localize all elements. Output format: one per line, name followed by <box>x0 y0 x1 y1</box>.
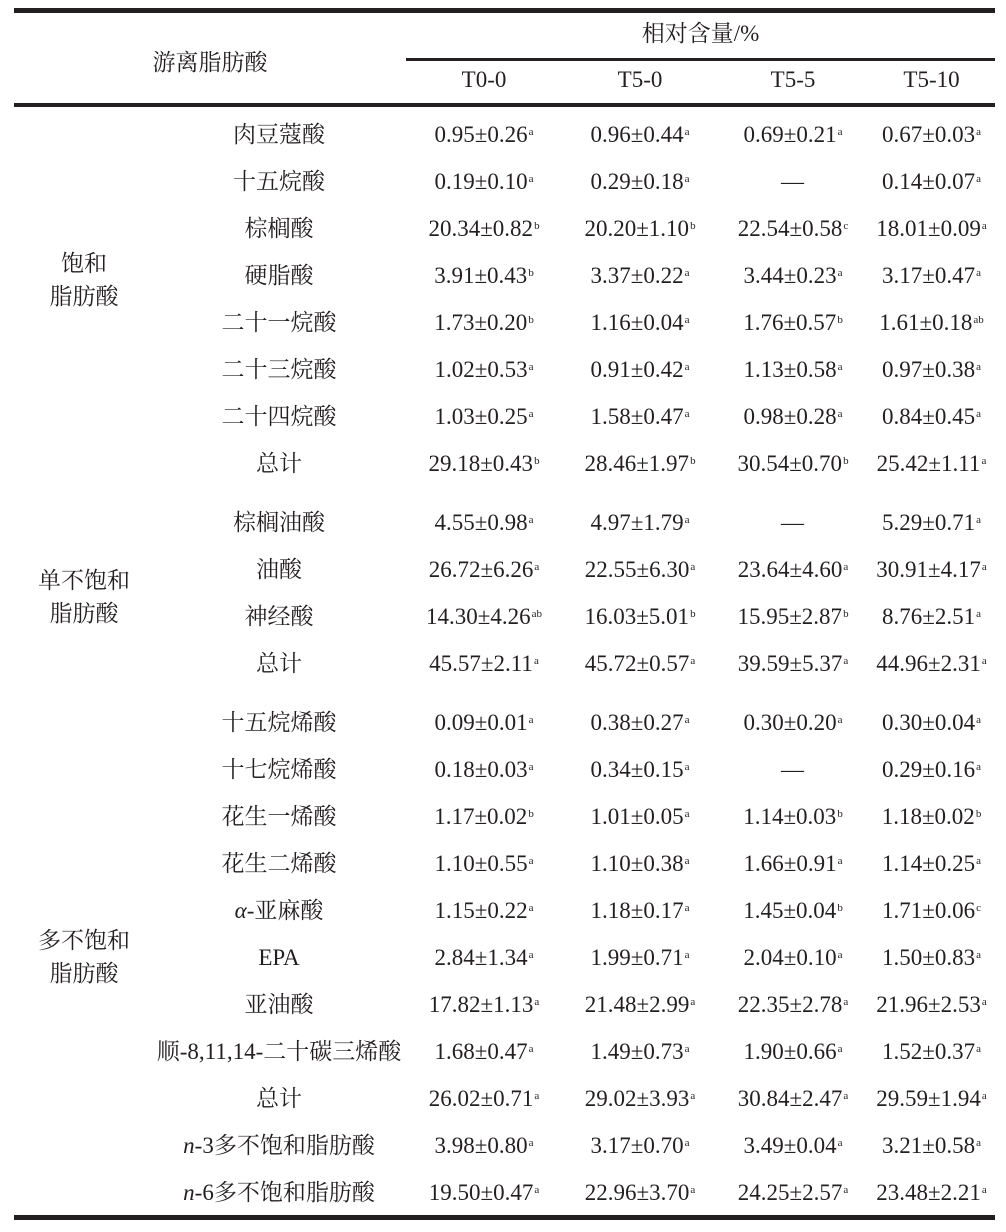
table-cell: 45.72±0.57a <box>562 649 718 679</box>
table-cell: 1.61±0.18ab <box>868 308 995 338</box>
table-cell: 22.35±2.78a <box>718 990 868 1020</box>
row-label-text: -6多不饱和脂肪酸 <box>195 1180 375 1205</box>
row-label: 花生一烯酸 <box>154 802 404 832</box>
significance-letter: a <box>685 126 690 138</box>
row-label-text: 亚油酸 <box>245 992 314 1017</box>
row-label-text: 十七烷烯酸 <box>222 757 337 782</box>
cell-value: 0.19±0.10 <box>434 169 527 194</box>
table-cell: 23.48±2.21a <box>868 1178 995 1208</box>
col-header-t5-0: T5-0 <box>562 65 718 95</box>
significance-letter: a <box>685 902 690 914</box>
cell-value: 20.20±1.10 <box>584 216 689 241</box>
table-cell: 3.37±0.22a <box>562 261 718 291</box>
cell-value: 45.57±2.11 <box>429 651 533 676</box>
significance-letter: b <box>690 608 696 620</box>
significance-letter: a <box>838 1137 843 1149</box>
significance-letter: a <box>838 267 843 279</box>
table-cell: 30.84±2.47a <box>718 1084 868 1114</box>
cell-value: 22.35±2.78 <box>738 992 843 1017</box>
significance-letter: a <box>838 714 843 726</box>
significance-letter: a <box>982 1090 987 1102</box>
significance-letter: a <box>685 314 690 326</box>
table-cell: 26.02±0.71a <box>406 1084 562 1114</box>
table-cell: 5.29±0.71a <box>868 508 995 538</box>
cell-value: 1.52±0.37 <box>882 1039 975 1064</box>
table-cell: 1.14±0.03b <box>718 802 868 832</box>
cell-value: 19.50±0.47 <box>429 1180 534 1205</box>
significance-letter: a <box>685 855 690 867</box>
cell-value: 0.29±0.16 <box>882 757 975 782</box>
significance-letter: a <box>529 361 534 373</box>
significance-letter: a <box>981 455 986 467</box>
cell-value: 0.34±0.15 <box>590 757 683 782</box>
significance-letter: a <box>685 361 690 373</box>
table-cell: 28.46±1.97b <box>562 449 718 479</box>
cell-value: 1.14±0.03 <box>743 804 836 829</box>
table-cell: 3.17±0.47a <box>868 261 995 291</box>
table-cell: 1.13±0.58a <box>718 355 868 385</box>
table-cell: 0.38±0.27a <box>562 708 718 738</box>
significance-letter: a <box>529 514 534 526</box>
cell-value: 0.18±0.03 <box>434 757 527 782</box>
cell-value: 39.59±5.37 <box>738 651 843 676</box>
significance-letter: a <box>690 655 695 667</box>
significance-letter: a <box>982 1184 987 1196</box>
table-cell: 45.57±2.11a <box>406 649 562 679</box>
table-cell: 0.95±0.26a <box>406 120 562 150</box>
span-header: 相对含量/% <box>406 19 995 49</box>
cell-value: 21.48±2.99 <box>585 992 690 1017</box>
table-cell: 0.29±0.16a <box>868 755 995 785</box>
row-label-text: 硬脂酸 <box>245 263 314 288</box>
table-cell: 16.03±5.01b <box>562 602 718 632</box>
significance-letter: a <box>982 655 987 667</box>
table-cell: 1.10±0.38a <box>562 849 718 879</box>
cell-value: 30.91±4.17 <box>876 557 981 582</box>
table-cell: 3.17±0.70a <box>562 1131 718 1161</box>
table-cell: 1.49±0.73a <box>562 1037 718 1067</box>
cell-value: 1.15±0.22 <box>434 898 527 923</box>
significance-letter: b <box>534 220 540 232</box>
group-label-line1: 多不饱和 <box>14 926 154 956</box>
significance-letter: a <box>843 996 848 1008</box>
significance-letter: a <box>529 1137 534 1149</box>
significance-letter: a <box>982 561 987 573</box>
table-cell: 1.16±0.04a <box>562 308 718 338</box>
table-cell: 21.96±2.53a <box>868 990 995 1020</box>
cell-value: 0.09±0.01 <box>434 710 527 735</box>
row-label-italic-prefix: α <box>235 898 247 923</box>
cell-value: 1.18±0.02 <box>882 804 975 829</box>
cell-value: 0.98±0.28 <box>743 404 836 429</box>
significance-letter: b <box>837 902 843 914</box>
row-label: 硬脂酸 <box>154 261 404 291</box>
table-cell: 19.50±0.47a <box>406 1178 562 1208</box>
table-cell: 1.01±0.05a <box>562 802 718 832</box>
significance-letter: b <box>528 808 534 820</box>
significance-letter: b <box>843 455 849 467</box>
table-cell: 29.59±1.94a <box>868 1084 995 1114</box>
row-label-italic-prefix: n <box>183 1133 195 1158</box>
table-cell: 14.30±4.26ab <box>406 602 562 632</box>
cell-value: 0.14±0.07 <box>882 169 975 194</box>
cell-value: 8.76±2.51 <box>882 604 975 629</box>
table-cell: 25.42±1.11a <box>868 449 995 479</box>
row-label-text: 二十四烷酸 <box>222 404 337 429</box>
row-label: 总计 <box>154 449 404 479</box>
cell-value: 3.98±0.80 <box>434 1133 527 1158</box>
significance-letter: a <box>534 996 539 1008</box>
table-cell: 0.98±0.28a <box>718 402 868 432</box>
significance-letter: a <box>690 996 695 1008</box>
significance-letter: a <box>685 408 690 420</box>
significance-letter: c <box>976 902 981 914</box>
cell-value: 0.91±0.42 <box>590 357 683 382</box>
significance-letter: a <box>529 949 534 961</box>
table-cell: 0.69±0.21a <box>718 120 868 150</box>
row-label-text: 油酸 <box>256 557 302 582</box>
group-label-line2: 脂肪酸 <box>14 282 154 312</box>
cell-value: 28.46±1.97 <box>584 451 689 476</box>
cell-value: 1.99±0.71 <box>590 945 683 970</box>
table-cell: 30.54±0.70b <box>718 449 868 479</box>
table-cell: 29.02±3.93a <box>562 1084 718 1114</box>
significance-letter: a <box>838 126 843 138</box>
table-cell: 0.91±0.42a <box>562 355 718 385</box>
cell-value: 3.37±0.22 <box>590 263 683 288</box>
table-cell: 1.71±0.06c <box>868 896 995 926</box>
significance-letter: b <box>528 314 534 326</box>
table-cell: 3.49±0.04a <box>718 1131 868 1161</box>
significance-letter: a <box>976 361 981 373</box>
cell-value: 1.58±0.47 <box>590 404 683 429</box>
cell-value: 1.16±0.04 <box>590 310 683 335</box>
table-cell: 1.68±0.47a <box>406 1037 562 1067</box>
cell-value: 23.48±2.21 <box>876 1180 981 1205</box>
top-rule <box>14 8 995 13</box>
table-cell: 1.73±0.20b <box>406 308 562 338</box>
significance-letter: a <box>685 1137 690 1149</box>
row-label: 棕榈油酸 <box>154 508 404 538</box>
significance-letter: a <box>976 408 981 420</box>
table-cell: 4.97±1.79a <box>562 508 718 538</box>
significance-letter: a <box>529 855 534 867</box>
significance-letter: a <box>976 267 981 279</box>
cell-value: 0.96±0.44 <box>590 122 683 147</box>
significance-letter: a <box>838 855 843 867</box>
stub-header: 游离脂肪酸 <box>14 48 406 78</box>
row-label: n-6多不饱和脂肪酸 <box>154 1178 404 1208</box>
cell-value: 22.96±3.70 <box>585 1180 690 1205</box>
cell-value: 1.68±0.47 <box>434 1039 527 1064</box>
significance-letter: a <box>843 655 848 667</box>
cell-value: — <box>781 169 804 194</box>
table-cell: 1.50±0.83a <box>868 943 995 973</box>
cell-value: 26.72±6.26 <box>429 557 534 582</box>
cell-value: 30.54±0.70 <box>737 451 842 476</box>
significance-letter: a <box>690 561 695 573</box>
row-label: 总计 <box>154 649 404 679</box>
cell-value: 2.84±1.34 <box>434 945 527 970</box>
cell-value: 3.17±0.47 <box>882 263 975 288</box>
table-cell: 44.96±2.31a <box>868 649 995 679</box>
significance-letter: a <box>685 1043 690 1055</box>
table-cell: 1.15±0.22a <box>406 896 562 926</box>
significance-letter: a <box>838 1043 843 1055</box>
table-cell: 1.02±0.53a <box>406 355 562 385</box>
significance-letter: a <box>982 220 987 232</box>
significance-letter: a <box>838 408 843 420</box>
significance-letter: ab <box>532 608 542 620</box>
significance-letter: a <box>843 1184 848 1196</box>
bottom-rule <box>14 1215 995 1220</box>
cell-value: 30.84±2.47 <box>738 1086 843 1111</box>
significance-letter: a <box>529 1043 534 1055</box>
cell-value: — <box>781 510 804 535</box>
table-cell: 1.17±0.02b <box>406 802 562 832</box>
significance-letter: b <box>837 314 843 326</box>
table-cell: 23.64±4.60a <box>718 555 868 585</box>
group-label-line1: 饱和 <box>14 249 154 279</box>
table-cell: 0.29±0.18a <box>562 167 718 197</box>
significance-letter: a <box>838 361 843 373</box>
significance-letter: a <box>843 561 848 573</box>
table-cell: 3.91±0.43b <box>406 261 562 291</box>
table-cell: 3.98±0.80a <box>406 1131 562 1161</box>
cell-value: 17.82±1.13 <box>429 992 534 1017</box>
table-cell: 21.48±2.99a <box>562 990 718 1020</box>
cell-value: 0.67±0.03 <box>882 122 975 147</box>
cell-value: 1.76±0.57 <box>743 310 836 335</box>
significance-letter: b <box>690 220 696 232</box>
cell-value: 3.49±0.04 <box>743 1133 836 1158</box>
cell-value: 0.30±0.20 <box>743 710 836 735</box>
significance-letter: a <box>534 1090 539 1102</box>
significance-letter: a <box>529 173 534 185</box>
table-cell: 22.55±6.30a <box>562 555 718 585</box>
cell-value: 0.69±0.21 <box>743 122 836 147</box>
col-header-t5-10: T5-10 <box>868 65 995 95</box>
significance-letter: a <box>534 655 539 667</box>
table-cell: 4.55±0.98a <box>406 508 562 538</box>
cell-value: 1.17±0.02 <box>434 804 527 829</box>
cell-value: — <box>781 757 804 782</box>
table-cell: 0.14±0.07a <box>868 167 995 197</box>
cell-value: 1.10±0.55 <box>434 851 527 876</box>
cell-value: 29.18±0.43 <box>428 451 533 476</box>
col-header-t5-5: T5-5 <box>718 65 868 95</box>
row-label-text: 总计 <box>256 1086 302 1111</box>
cell-value: 1.02±0.53 <box>434 357 527 382</box>
cell-value: 15.95±2.87 <box>737 604 842 629</box>
cell-value: 1.03±0.25 <box>434 404 527 429</box>
row-label-text: 肉豆蔻酸 <box>233 122 325 147</box>
significance-letter: b <box>837 808 843 820</box>
row-label-text: 十五烷烯酸 <box>222 710 337 735</box>
row-label-text: 二十三烷酸 <box>222 357 337 382</box>
cell-value: 0.97±0.38 <box>882 357 975 382</box>
row-label-text: 棕榈油酸 <box>233 510 325 535</box>
cell-value: 44.96±2.31 <box>876 651 981 676</box>
significance-letter: a <box>685 714 690 726</box>
group-label-line2: 脂肪酸 <box>14 959 154 989</box>
table-cell: 0.30±0.20a <box>718 708 868 738</box>
table-cell: 1.99±0.71a <box>562 943 718 973</box>
cell-value: 1.73±0.20 <box>434 310 527 335</box>
significance-letter: a <box>976 173 981 185</box>
cell-value: 23.64±4.60 <box>738 557 843 582</box>
cell-value: 1.13±0.58 <box>743 357 836 382</box>
table-cell: 0.96±0.44a <box>562 120 718 150</box>
row-label-text: 花生一烯酸 <box>222 804 337 829</box>
cell-value: 0.95±0.26 <box>434 122 527 147</box>
table-cell: 2.84±1.34a <box>406 943 562 973</box>
row-label-text: 总计 <box>256 651 302 676</box>
table-cell: 3.21±0.58a <box>868 1131 995 1161</box>
row-label: α-亚麻酸 <box>154 896 404 926</box>
cell-value: 1.71±0.06 <box>882 898 975 923</box>
cell-value: 22.54±0.58 <box>738 216 843 241</box>
significance-letter: a <box>976 1137 981 1149</box>
row-label: 十五烷烯酸 <box>154 708 404 738</box>
table-cell: 1.66±0.91a <box>718 849 868 879</box>
table-cell: 22.54±0.58c <box>718 214 868 244</box>
significance-letter: a <box>529 714 534 726</box>
header-rule <box>14 103 995 107</box>
significance-letter: a <box>529 902 534 914</box>
significance-letter: a <box>685 514 690 526</box>
table-cell: 0.97±0.38a <box>868 355 995 385</box>
cell-value: 18.01±0.09 <box>876 216 981 241</box>
cell-value: 1.10±0.38 <box>590 851 683 876</box>
table-cell: 26.72±6.26a <box>406 555 562 585</box>
table-cell: 0.09±0.01a <box>406 708 562 738</box>
row-label: 花生二烯酸 <box>154 849 404 879</box>
significance-letter: a <box>529 126 534 138</box>
table-cell: 0.67±0.03a <box>868 120 995 150</box>
table-cell: 39.59±5.37a <box>718 649 868 679</box>
table-cell: 1.90±0.66a <box>718 1037 868 1067</box>
row-label: EPA <box>154 943 404 973</box>
table-cell: 0.84±0.45a <box>868 402 995 432</box>
cell-value: 3.17±0.70 <box>590 1133 683 1158</box>
table-cell: 18.01±0.09a <box>868 214 995 244</box>
table-cell: 1.52±0.37a <box>868 1037 995 1067</box>
row-label-text: 总计 <box>256 451 302 476</box>
significance-letter: a <box>685 173 690 185</box>
significance-letter: a <box>690 1184 695 1196</box>
table-cell: 1.10±0.55a <box>406 849 562 879</box>
table-cell: 30.91±4.17a <box>868 555 995 585</box>
row-label: 油酸 <box>154 555 404 585</box>
row-label-text: 神经酸 <box>245 604 314 629</box>
table-cell: 8.76±2.51a <box>868 602 995 632</box>
cell-value: 0.38±0.27 <box>590 710 683 735</box>
significance-letter: b <box>690 455 696 467</box>
cell-value: 1.90±0.66 <box>743 1039 836 1064</box>
cell-value: 3.44±0.23 <box>743 263 836 288</box>
row-label: 十五烷酸 <box>154 167 404 197</box>
row-label: 神经酸 <box>154 602 404 632</box>
significance-letter: a <box>976 761 981 773</box>
cell-value: 1.45±0.04 <box>743 898 836 923</box>
table-cell: 29.18±0.43b <box>406 449 562 479</box>
row-label-text: 顺-8,11,14-二十碳三烯酸 <box>157 1039 401 1064</box>
cell-value: 29.59±1.94 <box>876 1086 981 1111</box>
row-label-text: -3多不饱和脂肪酸 <box>195 1133 375 1158</box>
cell-value: 2.04±0.10 <box>743 945 836 970</box>
table-cell: 1.58±0.47a <box>562 402 718 432</box>
table-cell: 1.18±0.17a <box>562 896 718 926</box>
significance-letter: a <box>529 408 534 420</box>
significance-letter: a <box>976 949 981 961</box>
span-header-rule <box>406 58 995 61</box>
significance-letter: a <box>838 949 843 961</box>
cell-value: 5.29±0.71 <box>882 510 975 535</box>
significance-letter: a <box>843 1090 848 1102</box>
cell-value: 14.30±4.26 <box>426 604 531 629</box>
row-label: 棕榈酸 <box>154 214 404 244</box>
significance-letter: c <box>843 220 848 232</box>
significance-letter: a <box>685 761 690 773</box>
table-cell: 1.45±0.04b <box>718 896 868 926</box>
row-label: 顺-8,11,14-二十碳三烯酸 <box>154 1037 404 1067</box>
cell-value: 3.91±0.43 <box>434 263 527 288</box>
significance-letter: a <box>534 561 539 573</box>
cell-value: 3.21±0.58 <box>882 1133 975 1158</box>
row-label-text: EPA <box>258 945 299 970</box>
table-cell: — <box>718 508 868 538</box>
cell-value: 1.50±0.83 <box>882 945 975 970</box>
table-cell: 1.18±0.02b <box>868 802 995 832</box>
table-cell: 3.44±0.23a <box>718 261 868 291</box>
cell-value: 1.01±0.05 <box>590 804 683 829</box>
col-header-t0-0: T0-0 <box>406 65 562 95</box>
significance-letter: b <box>976 808 982 820</box>
significance-letter: a <box>685 808 690 820</box>
cell-value: 0.84±0.45 <box>882 404 975 429</box>
row-label: 二十四烷酸 <box>154 402 404 432</box>
cell-value: 29.02±3.93 <box>585 1086 690 1111</box>
significance-letter: a <box>976 714 981 726</box>
row-label: 肉豆蔻酸 <box>154 120 404 150</box>
group-label-line2: 脂肪酸 <box>14 599 154 629</box>
table-cell: 22.96±3.70a <box>562 1178 718 1208</box>
significance-letter: b <box>534 455 540 467</box>
table-cell: 17.82±1.13a <box>406 990 562 1020</box>
cell-value: 20.34±0.82 <box>428 216 533 241</box>
significance-letter: a <box>976 126 981 138</box>
table-cell: 20.34±0.82b <box>406 214 562 244</box>
table-cell: 1.76±0.57b <box>718 308 868 338</box>
cell-value: 25.42±1.11 <box>877 451 981 476</box>
significance-letter: a <box>976 514 981 526</box>
row-label: 二十三烷酸 <box>154 355 404 385</box>
row-label: 二十一烷酸 <box>154 308 404 338</box>
cell-value: 0.30±0.04 <box>882 710 975 735</box>
significance-letter: b <box>843 608 849 620</box>
significance-letter: a <box>529 761 534 773</box>
row-label-text: 棕榈酸 <box>245 216 314 241</box>
table-cell: 0.34±0.15a <box>562 755 718 785</box>
table-cell: 1.14±0.25a <box>868 849 995 879</box>
row-label: 总计 <box>154 1084 404 1114</box>
table-cell: 20.20±1.10b <box>562 214 718 244</box>
cell-value: 1.61±0.18 <box>879 310 972 335</box>
significance-letter: a <box>534 1184 539 1196</box>
significance-letter: ab <box>973 314 983 326</box>
table-cell: 0.19±0.10a <box>406 167 562 197</box>
